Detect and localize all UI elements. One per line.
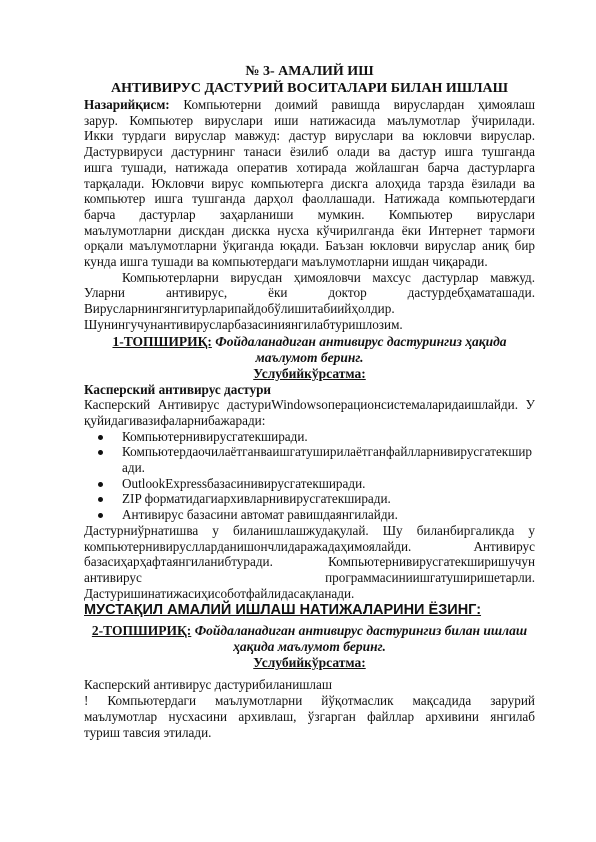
theory-line: ишга тушади, натижада оператив хотирада …	[84, 160, 535, 176]
theory-para2-line: Вирусларнингянгитурларипайдобўлишитабиий…	[84, 301, 535, 317]
theory-para2-line: Шунингучунантивирусларбазасиниянгилабтур…	[84, 317, 535, 333]
task-2-label: 2-ТОПШИРИҚ:	[92, 623, 191, 638]
bullet-icon	[98, 497, 103, 502]
theory-line: Дастурвируси дастурнинг танаси ёзилиб ол…	[84, 144, 535, 160]
kaspersky-section: Касперский антивирус дастури Касперский …	[84, 382, 535, 602]
bullet-icon	[98, 450, 103, 455]
theory-line: кунда ишга тушади ва компьютердаги маълу…	[84, 254, 535, 270]
kaspersky-intro-cont: қуйидагивазифаларнибажаради:	[84, 413, 535, 429]
document-page: № 3- АМАЛИЙ ИШ АНТИВИРУС ДАСТУРИЙ ВОСИТА…	[84, 64, 535, 740]
bullet-icon	[98, 435, 103, 440]
bullet-icon	[98, 482, 103, 487]
kaspersky-summary-line: антивирус программасиниишгатуширишетарли…	[84, 570, 535, 586]
kaspersky-summary-line: Дастуришинатижасиҳисоботфайлидасақланади…	[84, 586, 535, 602]
lab-title: АНТИВИРУС ДАСТУРИЙ ВОСИТАЛАРИ БИЛАН ИШЛА…	[84, 80, 535, 97]
theory-para2-line: Компьютерларни вирусдан ҳимояловчи махсу…	[84, 270, 535, 286]
final-heading: Касперский антивирус дастурибиланишлаш	[84, 677, 535, 693]
list-item: Компьютернивирусгатекширади.	[122, 429, 535, 445]
final-line: маълумотлар нусхасини архивлаш, ўзгарган…	[84, 709, 535, 725]
theory-para2-line: Уларни антивирус, ёки доктор дастурдебҳа…	[84, 285, 535, 301]
kaspersky-summary-line: базасиҳарҳафтаянгиланибтуради. Компьютер…	[84, 554, 535, 570]
theory-line-1: Назарийқисм: Компьютерни доимий равишда …	[84, 97, 535, 113]
theory-line: компьютер ишга тушганда дарҳол фаоллашад…	[84, 191, 535, 207]
kaspersky-features-list: Компьютернивирусгатекширади. Компьютерда…	[84, 429, 535, 523]
theory-line: барча дастурлар заҳарланиши мумкин. Комп…	[84, 207, 535, 223]
kaspersky-intro: Касперский Антивирус дастуриWindowsопера…	[84, 397, 535, 413]
theory-line: тарқалади. Юкловчи вирус компьютерга дис…	[84, 176, 535, 192]
task-1-label: 1-ТОПШИРИҚ:	[112, 334, 211, 349]
task-2-guide-heading: Услубийкўрсатма:	[84, 655, 535, 671]
final-section: Касперский антивирус дастурибиланишлаш !…	[84, 677, 535, 740]
task-2: 2-ТОПШИРИҚ: Фойдаланадиган антивирус дас…	[84, 623, 535, 655]
kaspersky-heading: Касперский антивирус дастури	[84, 382, 535, 398]
theory-line: зарур. Компьютер вируслари иши натижасид…	[84, 113, 535, 129]
task-1-text: Фойдаланадиган антивирус дастурингиз ҳақ…	[215, 334, 506, 349]
list-item: ZIP форматидагиархивларнивирусгатекширад…	[122, 491, 535, 507]
task-2-text: Фойдаланадиган антивирус дастурингиз бил…	[195, 623, 527, 638]
kaspersky-summary-line: Дастурниўрнатишва у биланишлашжудақулай.…	[84, 523, 535, 539]
independent-work-heading: МУСТАҚИЛ АМАЛИЙ ИШЛАШ НАТИЖАЛАРИНИ ЁЗИНГ…	[84, 602, 535, 619]
list-item: Компьютердаочилаётганваишгатуширилаётган…	[122, 444, 535, 475]
theory-line: Икки турдаги вируслар мавжуд: дастур вир…	[84, 128, 535, 144]
bullet-icon	[98, 513, 103, 518]
task-1: 1-ТОПШИРИҚ: Фойдаланадиган антивирус дас…	[84, 334, 535, 366]
kaspersky-summary-line: компьютернивируслларданишончлидаражадаҳи…	[84, 539, 535, 555]
theory-line: орқали маълумотларни ўқиганда юқади. Баъ…	[84, 238, 535, 254]
final-line: туриш тавсия этилади.	[84, 725, 535, 741]
theory-line: маълумотларни дискдан дискка нусха кўчир…	[84, 223, 535, 239]
task-1-guide-heading: Услубийкўрсатма:	[84, 366, 535, 382]
lab-number: № 3- АМАЛИЙ ИШ	[84, 64, 535, 80]
theory-label: Назарийқисм:	[84, 97, 170, 112]
task-1-text-cont: маълумот беринг.	[255, 350, 363, 365]
list-item: Антивирус базасини автомат равишдаянгила…	[122, 507, 535, 523]
task-2-text-cont: ҳақида маълумот беринг.	[233, 639, 386, 654]
list-item: OutlookExpressбазасинивирусгатекширади.	[122, 476, 535, 492]
final-line: ! Компьютердаги маълумотларни йўқотмасли…	[84, 693, 535, 709]
theory-section: Назарийқисм: Компьютерни доимий равишда …	[84, 97, 535, 333]
